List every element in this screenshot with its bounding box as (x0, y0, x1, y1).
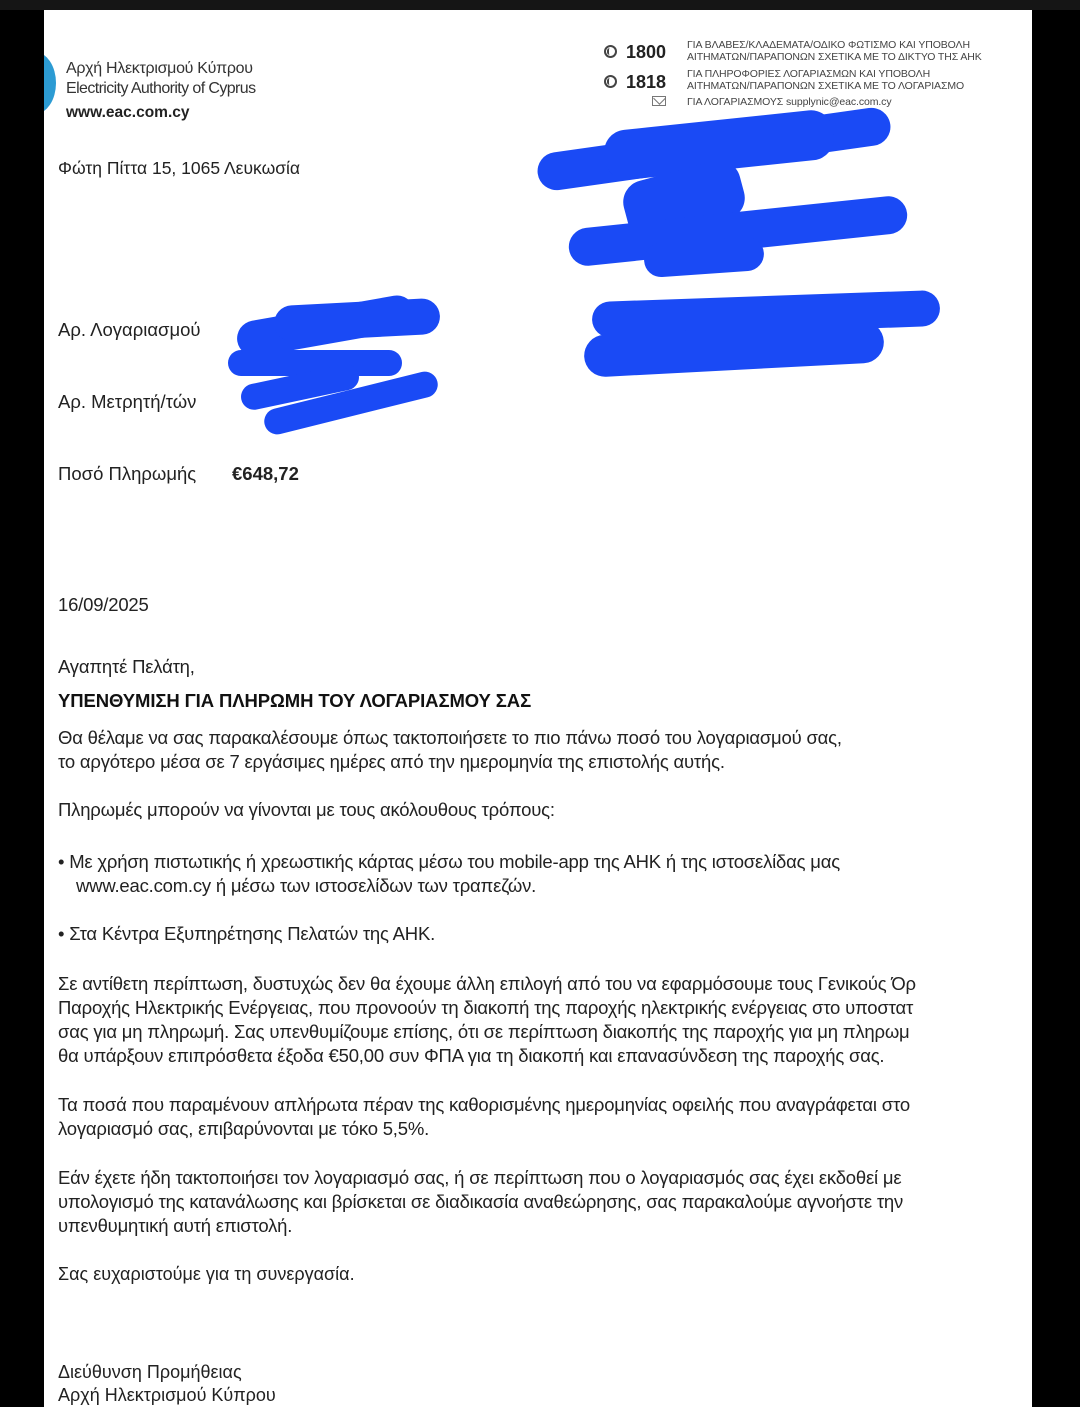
amount-value: €648,72 (232, 463, 299, 485)
letter-title: ΥΠΕΝΘΥΜΙΣΗ ΓΙΑ ΠΛΗΡΩΜΗ ΤΟΥ ΛΟΓΑΡΙΑΣΜΟΥ Σ… (58, 690, 531, 712)
paragraph-line: υπολογισμό της κατανάλωσης και βρίσκεται… (58, 1190, 903, 1214)
paragraph-line: το αργότερο μέσα σε 7 εργάσιμες ημέρες α… (58, 750, 842, 774)
screen-top-bar (0, 0, 1080, 10)
contact-description-line2: ΑΙΤΗΜΑΤΩΝ/ΠΑΡΑΠΟΝΩΝ ΣΧΕΤΙΚΑ ΜΕ ΤΟ ΛΟΓΑΡΙ… (687, 80, 964, 92)
signature-department: Διεύθυνση Προμήθειας (58, 1362, 242, 1383)
payment-method-card: • Με χρήση πιστωτικής ή χρεωστικής κάρτα… (58, 850, 840, 898)
letter-page: Αρχή Ηλεκτρισμού Κύπρου Electricity Auth… (44, 10, 1032, 1407)
redaction-mark (643, 236, 765, 278)
amount-label: Ποσό Πληρωμής (58, 463, 196, 485)
redaction-mark (273, 298, 441, 343)
paragraph-line: θα υπάρξουν επιπρόσθετα έξοδα €50,00 συν… (58, 1044, 916, 1068)
meter-number-label: Αρ. Μετρητή/τών (58, 391, 196, 413)
thanks-line: Σας ευχαριστούμε για τη συνεργασία. (58, 1264, 355, 1285)
paragraph-line: Παροχής Ηλεκτρικής Ενέργειας, που προνοο… (58, 996, 916, 1020)
paragraph-interest: Τα ποσά που παραμένουν απλήρωτα πέραν τη… (58, 1093, 910, 1141)
contact-description-line1: ΓΙΑ ΒΛΑΒΕΣ/ΚΛΑΔΕΜΑΤΑ/ΟΔΙΚΟ ΦΩΤΙΣΜΟ ΚΑΙ Υ… (687, 39, 970, 51)
paragraph-line: Θα θέλαμε να σας παρακαλέσουμε όπως τακτ… (58, 726, 842, 750)
paragraph-disconnection: Σε αντίθετη περίπτωση, δυστυχώς δεν θα έ… (58, 972, 916, 1068)
org-name-english: Electricity Authority of Cyprus (66, 80, 255, 98)
phone-number[interactable]: 1800 (626, 42, 666, 63)
contact-description-line1: ΓΙΑ ΠΛΗΡΟΦΟΡΙΕΣ ΛΟΓΑΡΙΑΣΜΩΝ ΚΑΙ ΥΠΟΒΟΛΗ (687, 68, 930, 80)
paragraph-request: Θα θέλαμε να σας παρακαλέσουμε όπως τακτ… (58, 726, 842, 774)
paragraph-line: • Με χρήση πιστωτικής ή χρεωστικής κάρτα… (58, 850, 840, 874)
paragraph-line: υπενθυμητική αυτή επιστολή. (58, 1214, 903, 1238)
eac-logo-icon (44, 52, 56, 114)
payment-intro: Πληρωμές μπορούν να γίνονται με τους ακό… (58, 798, 555, 822)
sender-address: Φώτη Πίττα 15, 1065 Λευκωσία (58, 158, 300, 179)
mail-icon (652, 96, 666, 106)
paragraph-line: σας για μη πληρωμή. Σας υπενθυμίζουμε επ… (58, 1020, 916, 1044)
account-number-label: Αρ. Λογαριασμού (58, 319, 201, 341)
phone-icon (604, 75, 617, 88)
paragraph-line: www.eac.com.cy ή μέσω των ιστοσελίδων τω… (58, 874, 840, 898)
contact-description-line2: ΑΙΤΗΜΑΤΩΝ/ΠΑΡΑΠΟΝΩΝ ΣΧΕΤΙΚΑ ΜΕ ΤΟ ΔΙΚΤΥΟ… (687, 51, 982, 63)
paragraph-line: Σε αντίθετη περίπτωση, δυστυχώς δεν θα έ… (58, 972, 916, 996)
letter-date: 16/09/2025 (58, 593, 149, 617)
phone-number[interactable]: 1818 (626, 72, 666, 93)
paragraph-line: λογαριασμό σας, επιβαρύνονται με τόκο 5,… (58, 1117, 910, 1141)
phone-icon (604, 45, 617, 58)
paragraph-ignore-notice: Εάν έχετε ήδη τακτοποιήσει τον λογαριασμ… (58, 1166, 903, 1238)
salutation: Αγαπητέ Πελάτη, (58, 655, 195, 679)
website-link[interactable]: www.eac.com.cy (66, 104, 190, 122)
paragraph-line: Τα ποσά που παραμένουν απλήρωτα πέραν τη… (58, 1093, 910, 1117)
org-name-greek: Αρχή Ηλεκτρισμού Κύπρου (66, 60, 253, 78)
payment-method-service-centers: • Στα Κέντρα Εξυπηρέτησης Πελατών της ΑΗ… (58, 922, 435, 946)
contact-email-text[interactable]: ΓΙΑ ΛΟΓΑΡΙΑΣΜΟΥΣ supplynic@eac.com.cy (687, 96, 891, 108)
paragraph-line: Εάν έχετε ήδη τακτοποιήσει τον λογαριασμ… (58, 1166, 903, 1190)
signature-organization: Αρχή Ηλεκτρισμού Κύπρου (58, 1385, 276, 1406)
